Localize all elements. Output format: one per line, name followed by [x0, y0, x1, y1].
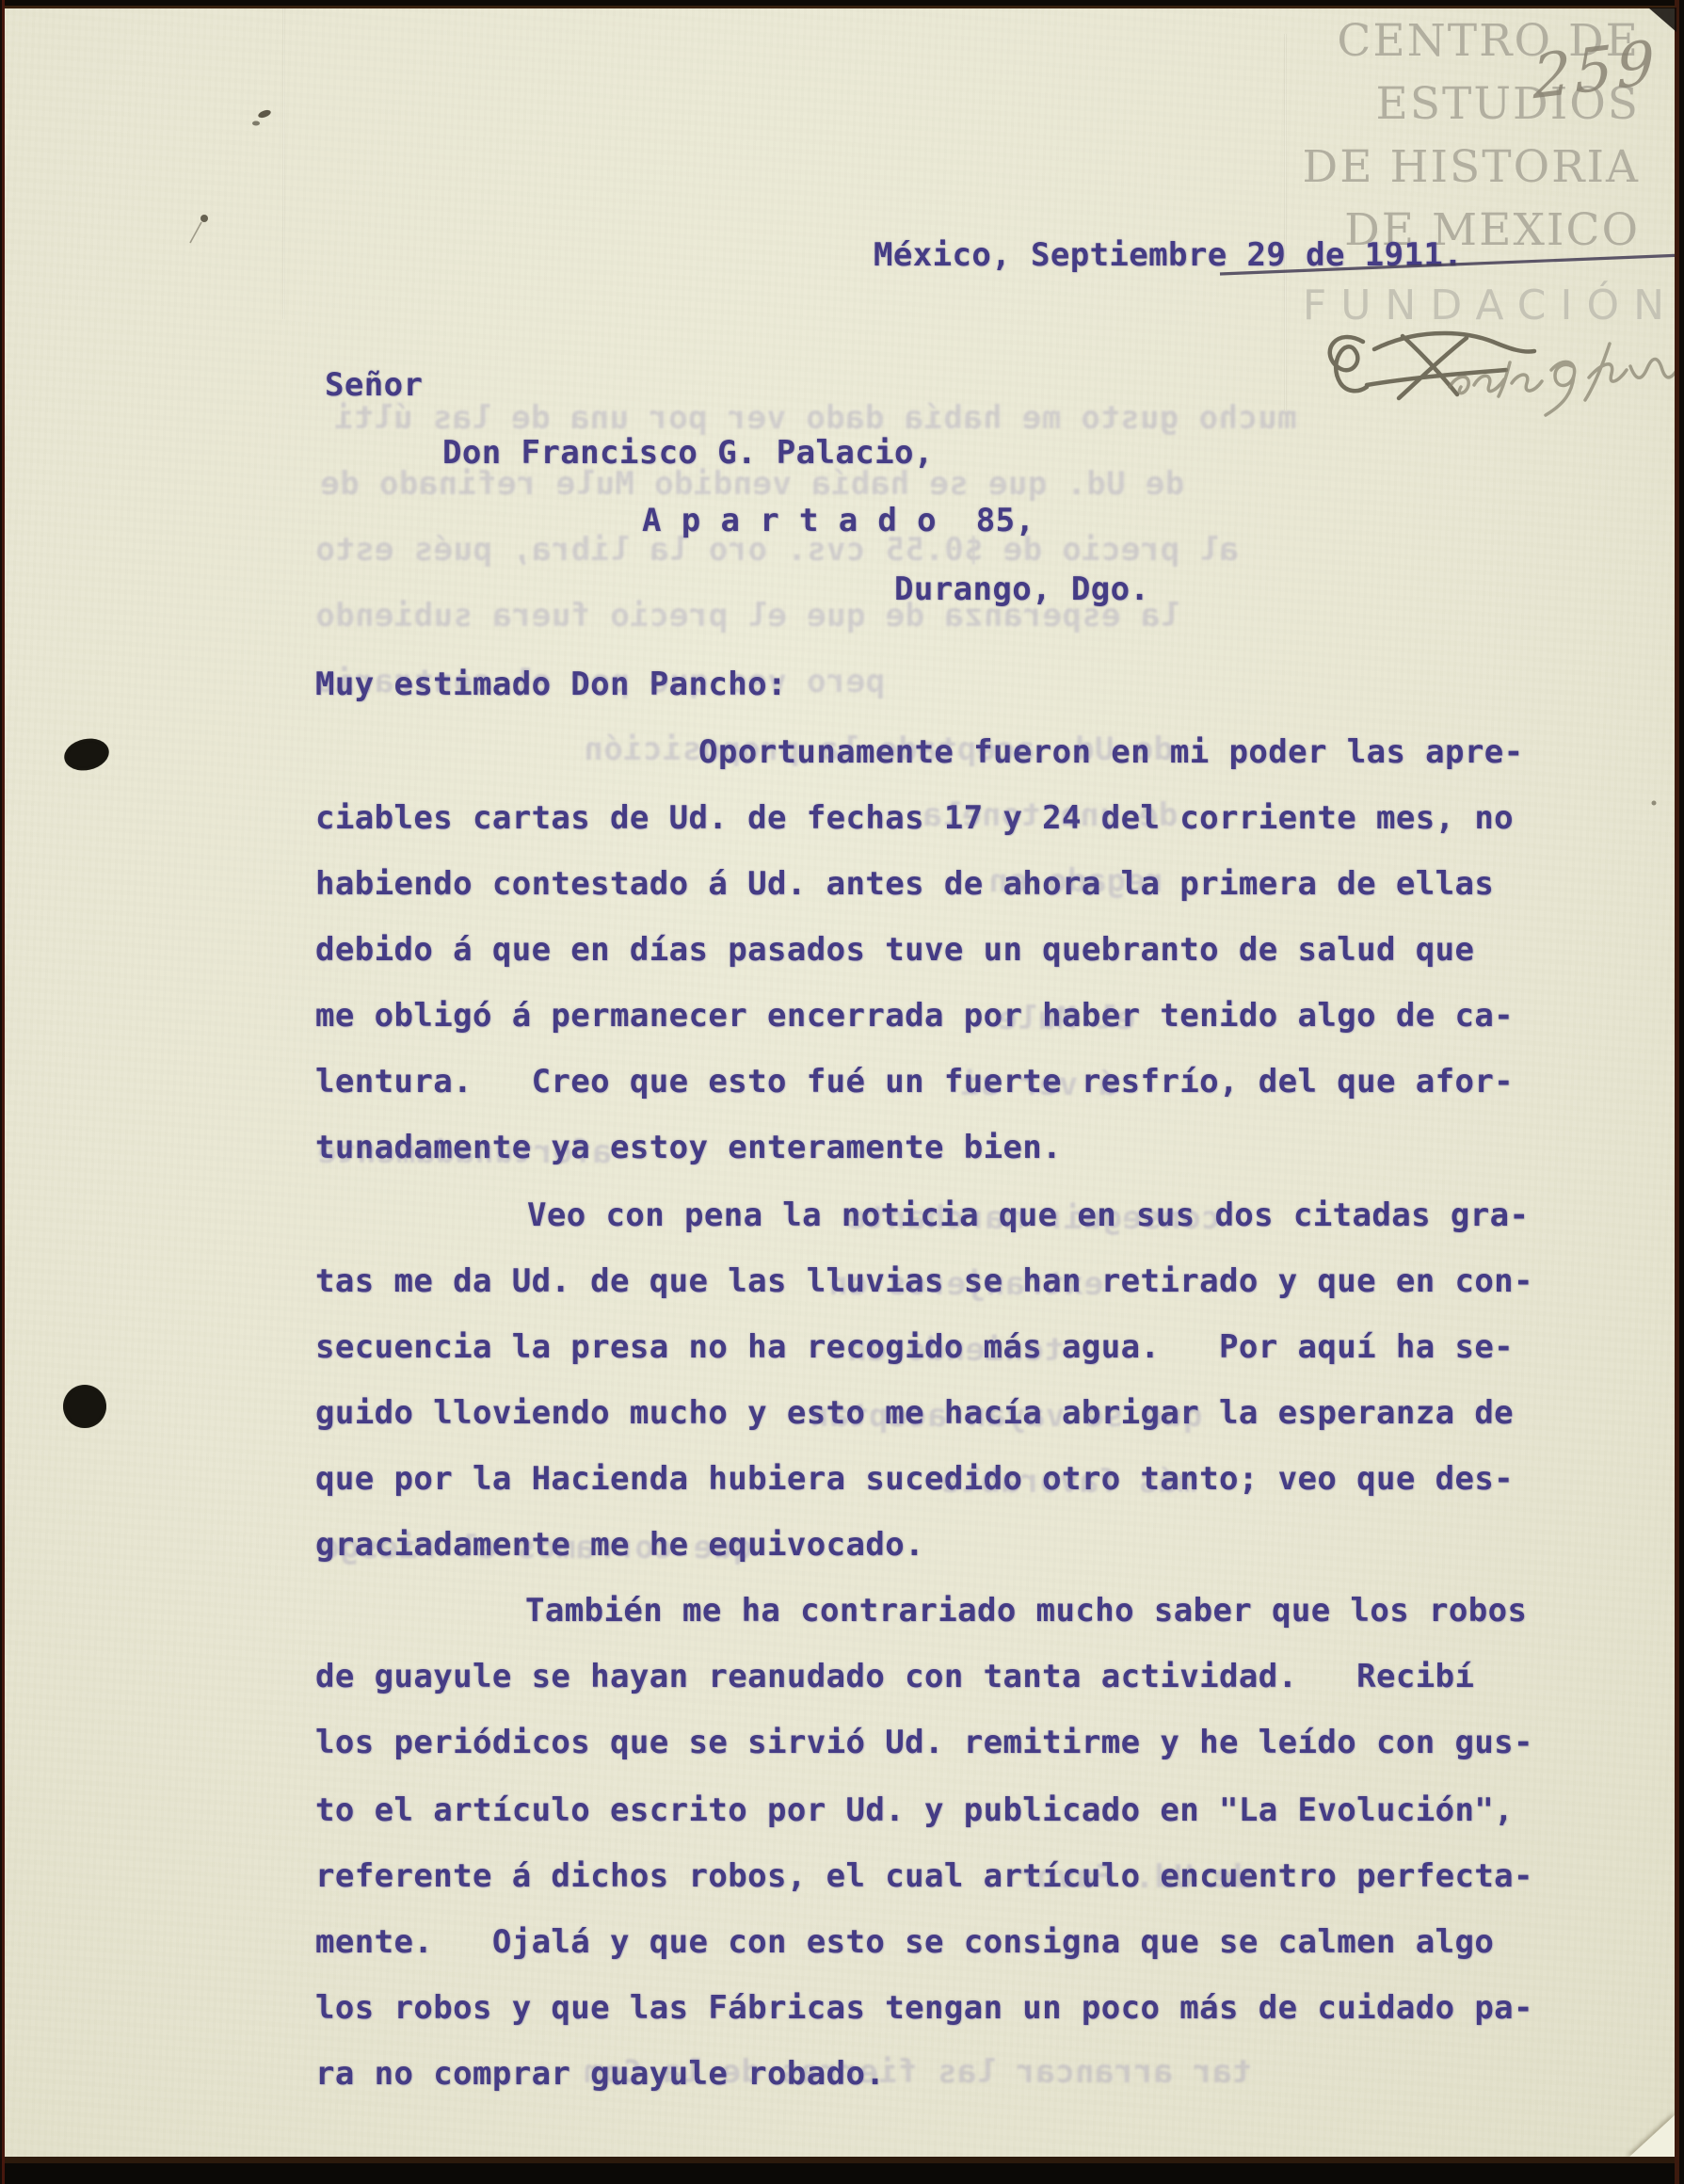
bleedthrough-line: mucho gusto me había dado ver por una de…	[334, 402, 1297, 434]
bleedthrough-line: afortunadamente	[317, 1136, 612, 1168]
letter-page: CENTRO DE ESTUDIOS DE HISTORIA DE MEXICO…	[0, 0, 1684, 2184]
folio-number: 259	[1532, 28, 1659, 114]
punch-hole	[63, 1385, 106, 1428]
bleedthrough-line: al precio de $0.55 cvs. oro la libra, pu…	[315, 534, 1239, 566]
bleedthrough-line: extranjeros en	[828, 1268, 1103, 1300]
bleedthrough-line: regado en	[988, 865, 1165, 897]
scan-edge	[0, 0, 1684, 8]
date-line: México, Septiembre 29 de 1911.	[874, 239, 1463, 271]
body-line: mente. Ojalá y que con esto se consigna …	[315, 1926, 1494, 1958]
bleedthrough-line: teniendo en	[847, 1334, 1064, 1366]
bleedthrough-line: de Ud. Favor	[1017, 1861, 1252, 1893]
body-line: los periódicos que se sirvió Ud. remitir…	[315, 1726, 1533, 1758]
scan-edge	[0, 0, 5, 2184]
body-line: de guayule se hayan reanudado con tanta …	[315, 1661, 1474, 1693]
body-line: También me ha contrariado mucho saber qu…	[525, 1595, 1527, 1627]
body-line: habiendo contestado á Ud. antes de ahora…	[315, 868, 1494, 900]
bleedthrough-line: que se vayan aceptán	[810, 1400, 1202, 1432]
bleedthrough-line: de Ud. aceptado la proposición	[584, 733, 1173, 765]
body-line: ciables cartas de Ud. de fechas 17 y 24 …	[315, 802, 1514, 834]
body-line: to el artículo escrito por Ud. y publica…	[315, 1794, 1514, 1826]
bleedthrough-line: de una tonela	[922, 799, 1178, 831]
recipient-name: Don Francisco G. Palacio,	[442, 437, 934, 469]
bleedthrough-line: que corramos el riesgo	[320, 1532, 752, 1564]
bleedthrough-line: conseguir marchante	[847, 1202, 1221, 1234]
body-line: debido á que en días pasados tuve un que…	[315, 934, 1474, 966]
bleedthrough-line: el Mule	[998, 1003, 1135, 1035]
paper-crease	[1284, 34, 1287, 410]
bleedthrough-line: á ver si	[960, 1068, 1117, 1100]
recipient-title: Señor	[325, 369, 423, 401]
folded-corner	[1628, 2114, 1676, 2158]
paper-crease	[282, 8, 285, 319]
signature-mark	[1330, 333, 1679, 415]
scan-edge	[1648, 8, 1676, 32]
body-line: lentura. Creo que esto fué un fuerte res…	[315, 1066, 1514, 1098]
body-line: que por la Hacienda hubiera sucedido otr…	[315, 1463, 1514, 1495]
bleedthrough-line: más favorable	[941, 1466, 1196, 1498]
bleedthrough-line: la esperanza de que el precio fuera subi…	[315, 600, 1179, 632]
bleedthrough-line: tar arrancar las fierras de la Com	[584, 2056, 1252, 2088]
watermark-foundation: FUNDACIÓN	[1303, 281, 1678, 329]
bleedthrough-line: de Ud. que se había vendido Mule refinad…	[320, 468, 1184, 500]
bleedthrough-line: pero veo que por el contrario	[315, 666, 885, 698]
body-line: referente á dichos robos, el cual artícu…	[315, 1860, 1533, 1892]
watermark-line: DE HISTORIA	[1303, 141, 1640, 193]
body-line: los robos y que las Fábricas tengan un p…	[315, 1992, 1533, 2024]
scan-edge	[0, 2157, 1684, 2184]
punch-hole	[61, 734, 112, 774]
scanned-letter-screenshot: { "page": { "kind": "typewritten letter …	[0, 0, 1684, 2184]
body-line: me obligó á permanecer encerrada por hab…	[315, 1000, 1514, 1032]
